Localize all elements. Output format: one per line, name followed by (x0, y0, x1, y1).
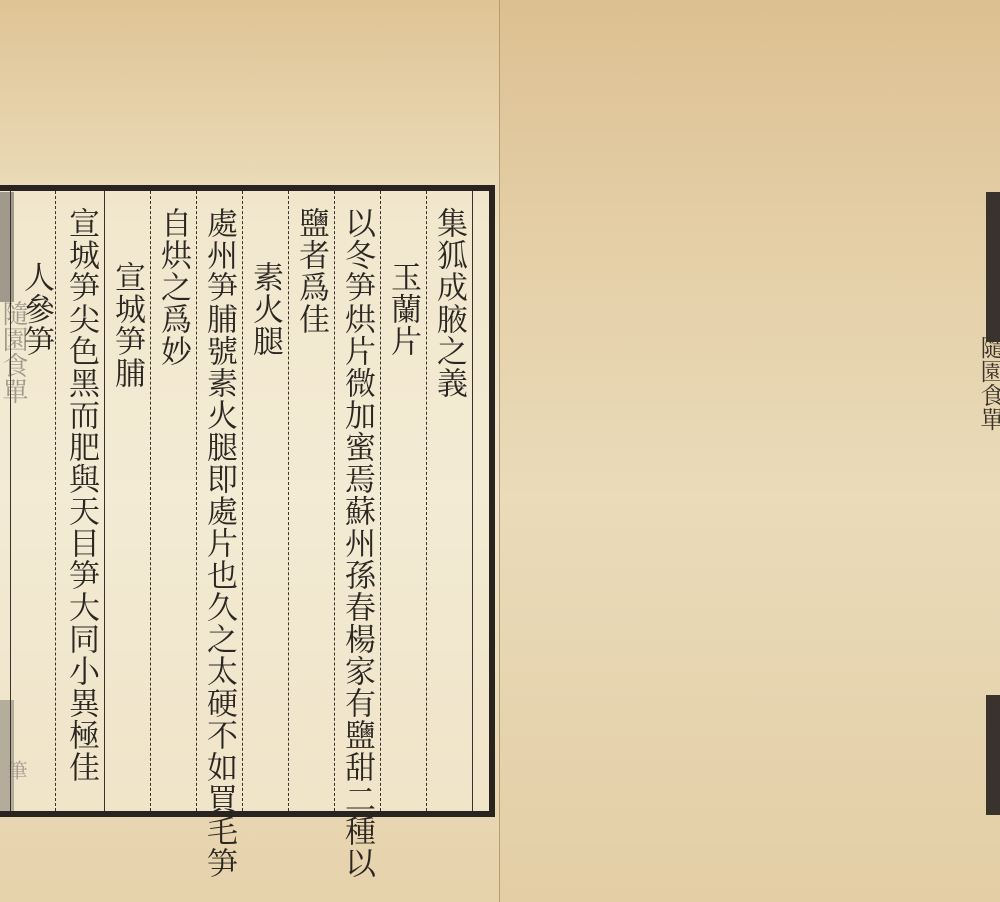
text-column: 以冬笋烘片微加蜜焉蘇州孫春楊家有鹽甜二種以 (341, 207, 372, 879)
text-column: 人參笋 (20, 261, 51, 357)
right-page: 攙入老根硬節矣須出重價專買其蓋面者數十條如 天目笋多在蘇州發賣其簍中蓋面者最佳下… (500, 0, 1000, 902)
left-page: 隨園食單 筆 集狐成腋之義 玉蘭片 以冬笋烘片微加蜜焉蘇州孫春楊家有鹽甜二種以 … (0, 0, 500, 902)
column-rule (472, 191, 473, 811)
text-column: 宣城笋脯 (111, 261, 142, 389)
text-column: 素火腿 (249, 261, 280, 357)
column-rule (426, 191, 427, 811)
spine-black-block-bottom (986, 695, 1000, 815)
text-column: 處州笋脯號素火腿即處片也久之太硬不如買毛笋 (203, 207, 234, 879)
column-rule (104, 191, 105, 811)
left-page-frame: 集狐成腋之義 玉蘭片 以冬笋烘片微加蜜焉蘇州孫春楊家有鹽甜二種以 鹽者爲佳 素火… (0, 185, 495, 817)
column-rule (10, 191, 11, 811)
column-rule (242, 191, 243, 811)
column-rule (196, 191, 197, 811)
column-rule (55, 191, 56, 811)
column-rule (150, 191, 151, 811)
column-rule (334, 191, 335, 811)
text-column: 自烘之爲妙 (157, 207, 188, 367)
column-rule (288, 191, 289, 811)
text-column: 宣城笋尖色黑而肥與天目笋大同小異極佳 (65, 207, 96, 783)
spine-black-block-top (986, 192, 1000, 342)
text-column: 玉蘭片 (387, 261, 418, 357)
column-rule (380, 191, 381, 811)
text-column: 鹽者爲佳 (295, 207, 326, 335)
spine-title-right: 隨園食單 (978, 335, 1000, 431)
text-column: 集狐成腋之義 (433, 207, 464, 399)
